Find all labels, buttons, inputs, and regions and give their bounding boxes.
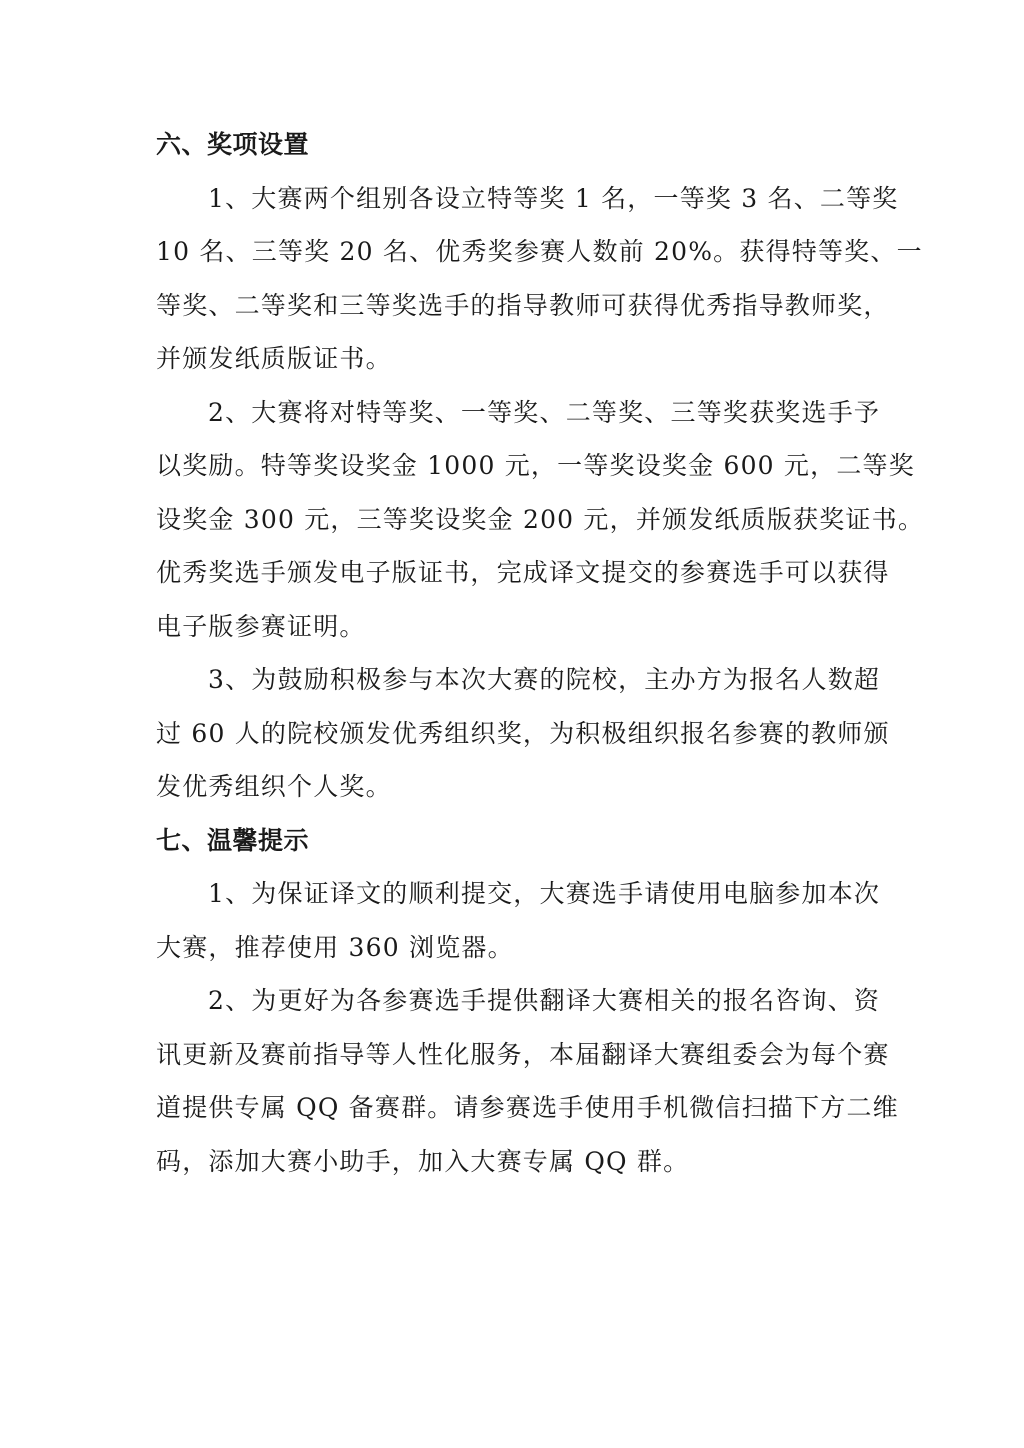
text-line: 并颁发纸质版证书。 — [156, 332, 926, 386]
text-line: 讯更新及赛前指导等人性化服务，本届翻译大赛组委会为每个赛 — [156, 1028, 926, 1082]
text-line: 码，添加大赛小助手，加入大赛专属 QQ 群。 — [156, 1135, 926, 1189]
section-heading-awards: 六、奖项设置 — [156, 118, 926, 172]
text-line: 1、大赛两个组别各设立特等奖 1 名，一等奖 3 名、二等奖 — [156, 172, 926, 226]
paragraph-award-counts: 1、大赛两个组别各设立特等奖 1 名，一等奖 3 名、二等奖 10 名、三等奖 … — [156, 172, 926, 386]
paragraph-browser-tip: 1、为保证译文的顺利提交，大赛选手请使用电脑参加本次 大赛，推荐使用 360 浏… — [156, 867, 926, 974]
text-line: 设奖金 300 元，三等奖设奖金 200 元，并颁发纸质版获奖证书。 — [156, 493, 926, 547]
text-line: 发优秀组织个人奖。 — [156, 760, 926, 814]
text-line: 10 名、三等奖 20 名、优秀奖参赛人数前 20%。获得特等奖、一 — [156, 225, 926, 279]
text-line: 优秀奖选手颁发电子版证书，完成译文提交的参赛选手可以获得 — [156, 546, 926, 600]
text-line: 以奖励。特等奖设奖金 1000 元，一等奖设奖金 600 元，二等奖 — [156, 439, 926, 493]
paragraph-organization-award: 3、为鼓励积极参与本次大赛的院校，主办方为报名人数超 过 60 人的院校颁发优秀… — [156, 653, 926, 814]
text-line: 电子版参赛证明。 — [156, 600, 926, 654]
document-page: 六、奖项设置 1、大赛两个组别各设立特等奖 1 名，一等奖 3 名、二等奖 10… — [156, 118, 926, 1188]
text-line: 过 60 人的院校颁发优秀组织奖，为积极组织报名参赛的教师颁 — [156, 707, 926, 761]
text-line: 等奖、二等奖和三等奖选手的指导教师可获得优秀指导教师奖， — [156, 279, 926, 333]
paragraph-prize-money: 2、大赛将对特等奖、一等奖、二等奖、三等奖获奖选手予 以奖励。特等奖设奖金 10… — [156, 386, 926, 654]
text-line: 1、为保证译文的顺利提交，大赛选手请使用电脑参加本次 — [156, 867, 926, 921]
text-line: 3、为鼓励积极参与本次大赛的院校，主办方为报名人数超 — [156, 653, 926, 707]
text-line: 大赛，推荐使用 360 浏览器。 — [156, 921, 926, 975]
section-heading-tips: 七、温馨提示 — [156, 814, 926, 868]
text-line: 道提供专属 QQ 备赛群。请参赛选手使用手机微信扫描下方二维 — [156, 1081, 926, 1135]
text-line: 2、大赛将对特等奖、一等奖、二等奖、三等奖获奖选手予 — [156, 386, 926, 440]
paragraph-qq-group-tip: 2、为更好为各参赛选手提供翻译大赛相关的报名咨询、资 讯更新及赛前指导等人性化服… — [156, 974, 926, 1188]
text-line: 2、为更好为各参赛选手提供翻译大赛相关的报名咨询、资 — [156, 974, 926, 1028]
